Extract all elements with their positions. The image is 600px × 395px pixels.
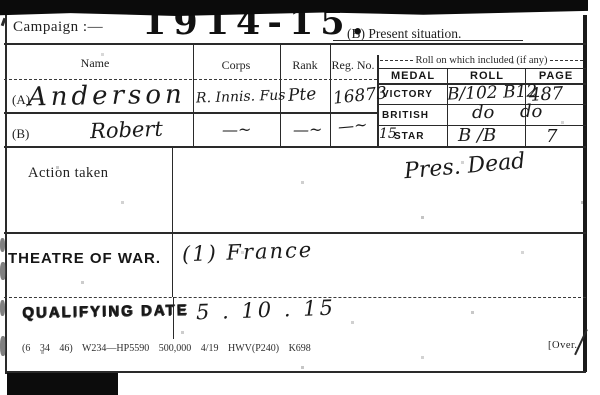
grid-line [172,147,173,233]
bottom-ink-blot [7,373,118,395]
reg-ditto-handwriting: —~ [337,115,368,136]
rank-ditto-handwriting: —~ [293,120,322,139]
action-taken-label: Action taken [28,165,109,182]
qualifying-date-label: QUALIFYING DATE [22,302,189,322]
card-left-border [5,13,7,374]
corps-ditto-handwriting: —~ [222,120,251,139]
theatre-of-war-handwriting: (1) France [182,238,314,267]
grid-line [4,79,377,80]
scan-artifact [0,238,5,252]
theatre-of-war-label: THEATRE OF WAR. [8,250,161,267]
corps-handwriting: R. Innis. Fus [196,87,286,106]
british-page-ditto-handwriting: do [520,101,542,122]
scan-artifact [0,262,6,280]
roll-col-page: PAGE [527,70,585,82]
roll-header-label: Roll on which included (if any) [415,55,547,66]
grid-line [377,68,586,69]
roll-header-dash [550,60,583,61]
grid-line [4,146,586,148]
roll-header-dash [380,60,413,61]
grid-line [173,297,174,339]
forename-handwriting: Robert [90,117,164,144]
col-header-name: Name [60,56,130,71]
star-page-handwriting: 7 [546,126,557,147]
qualifying-date-handwriting: 5 . 10 . 15 [196,296,337,325]
medal-victory-label: VICTORY [382,89,433,100]
campaign-label: Campaign :— [13,19,103,36]
grid-line [330,44,331,147]
col-header-rank: Rank [284,58,326,73]
header-rule [4,43,586,45]
over-label: [Over. [548,340,578,351]
british-roll-ditto-handwriting: do [472,102,494,123]
grid-line [193,44,194,147]
presumed-dead-handwriting: Pres. Dead [403,149,526,184]
medal-british-label: BRITISH [382,110,429,121]
grid-line [172,232,173,297]
roll-header-row: Roll on which included (if any) [378,55,585,66]
roll-col-roll: ROLL [449,70,525,82]
grid-line [4,232,586,234]
scan-artifact [0,300,5,316]
grid-line [4,112,377,114]
col-header-reg-no: Reg. No. [330,58,376,73]
medal-star-label: STAR [394,131,424,142]
grid-line [447,68,448,146]
roll-col-medal: MEDAL [379,70,447,82]
surname-handwriting: Anderson [28,80,186,113]
medal-index-card: Campaign :— 1914-15. (B) Present situati… [0,0,600,395]
scan-artifact [0,336,6,356]
printer-imprint: (6 34 46) W234—HP5590 500,000 4/19 HWV(P… [22,343,311,354]
rank-handwriting: Pte [287,84,317,106]
col-header-corps: Corps [205,58,267,73]
row-b-prefix: (B) [12,126,29,142]
star-roll-handwriting: B /B [458,125,496,146]
